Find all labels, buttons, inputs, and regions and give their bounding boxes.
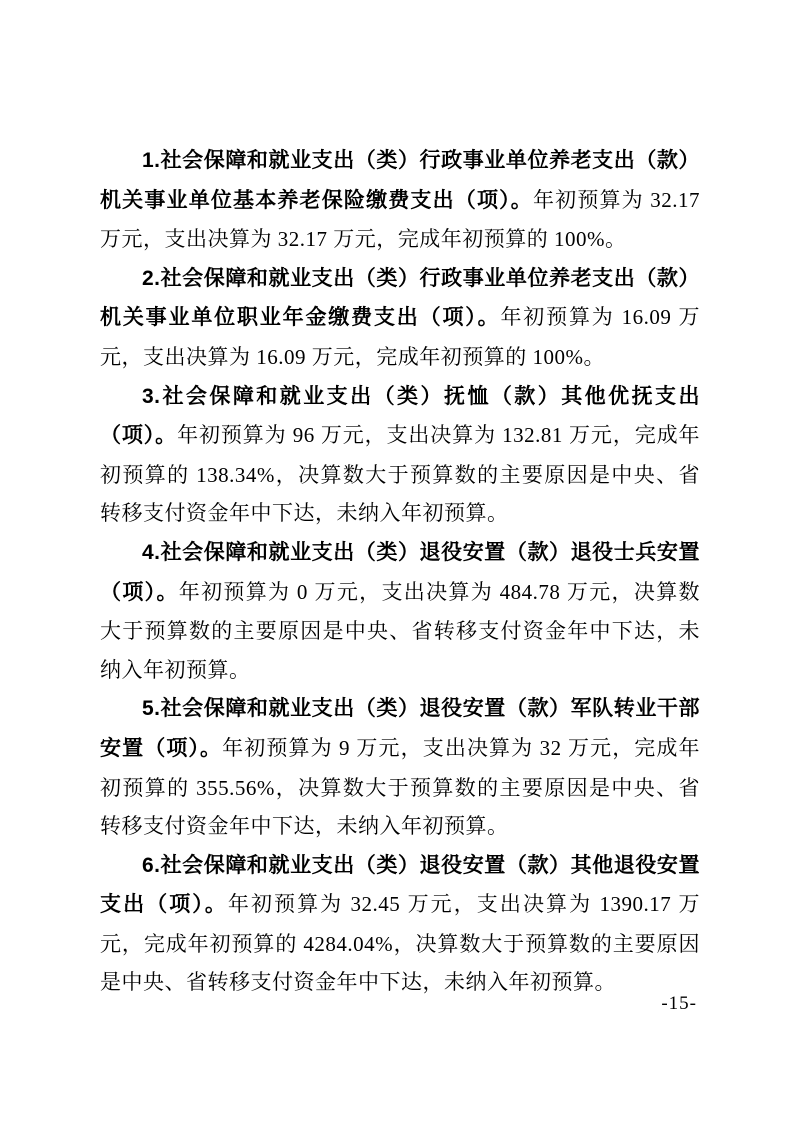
- paragraph-6: 6.社会保障和就业支出（类）退役安置（款）其他退役安置支出（项）。年初预算为 3…: [100, 846, 700, 1002]
- paragraph-4-text: 年初预算为 0 万元，支出决算为 484.78 万元，决算数大于预算数的主要原因…: [100, 580, 700, 682]
- paragraph-3-text: 年初预算为 96 万元，支出决算为 132.81 万元，完成年初预算的 138.…: [100, 423, 700, 525]
- document-page: 1.社会保障和就业支出（类）行政事业单位养老支出（款）机关事业单位基本养老保险缴…: [0, 0, 793, 1122]
- page-number: -15-: [661, 993, 697, 1015]
- paragraph-2: 2.社会保障和就业支出（类）行政事业单位养老支出（款）机关事业单位职业年金缴费支…: [100, 259, 700, 377]
- paragraph-3: 3.社会保障和就业支出（类）抚恤（款）其他优抚支出（项）。年初预算为 96 万元…: [100, 377, 700, 533]
- paragraph-4: 4.社会保障和就业支出（类）退役安置（款）退役士兵安置（项）。年初预算为 0 万…: [100, 533, 700, 689]
- document-body: 1.社会保障和就业支出（类）行政事业单位养老支出（款）机关事业单位基本养老保险缴…: [100, 141, 700, 1002]
- paragraph-5: 5.社会保障和就业支出（类）退役安置（款）军队转业干部安置（项）。年初预算为 9…: [100, 689, 700, 845]
- paragraph-1: 1.社会保障和就业支出（类）行政事业单位养老支出（款）机关事业单位基本养老保险缴…: [100, 141, 700, 259]
